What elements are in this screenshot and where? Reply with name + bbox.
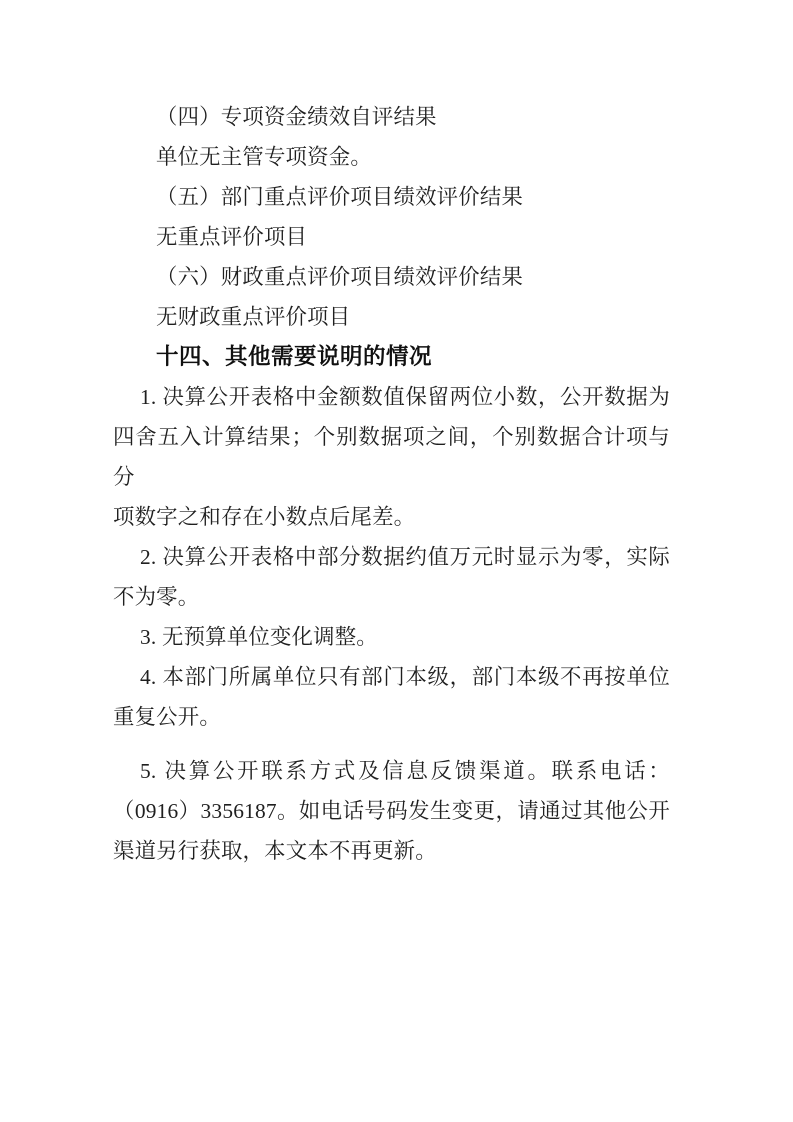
subheading-finance-key-eval: （六）财政重点评价项目绩效评价结果 [113,257,670,297]
body-no-special-funds: 单位无主管专项资金。 [113,137,670,177]
note-5-line-1: 5. 决算公开联系方式及信息反馈渠道。联系电话： [113,751,670,791]
note-1-line-2: 四舍五入计算结果；个别数据项之间，个别数据合计项与分 [113,417,670,497]
note-4-line-1: 4. 本部门所属单位只有部门本级，部门本级不再按单位 [113,657,670,697]
note-1-line-1: 1. 决算公开表格中金额数值保留两位小数，公开数据为 [113,377,670,417]
note-5-line-2: （0916）3356187。如电话号码发生变更，请通过其他公开 [113,791,670,831]
body-no-key-eval-project: 无重点评价项目 [113,217,670,257]
note-4-line-2: 重复公开。 [113,697,670,737]
subheading-special-funds-self-eval: （四）专项资金绩效自评结果 [113,97,670,137]
note-5-line-3: 渠道另行获取，本文本不再更新。 [113,831,670,871]
body-no-finance-key-eval: 无财政重点评价项目 [113,297,670,337]
document-page: （四）专项资金绩效自评结果 单位无主管专项资金。 （五）部门重点评价项目绩效评价… [0,0,793,1122]
section-heading-other-notes: 十四、其他需要说明的情况 [113,337,670,377]
note-2-line-1: 2. 决算公开表格中部分数据约值万元时显示为零，实际 [113,537,670,577]
note-3-line-1: 3. 无预算单位变化调整。 [113,617,670,657]
document-text-block: （四）专项资金绩效自评结果 单位无主管专项资金。 （五）部门重点评价项目绩效评价… [113,97,670,871]
subheading-dept-key-eval: （五）部门重点评价项目绩效评价结果 [113,177,670,217]
note-1-line-3: 项数字之和存在小数点后尾差。 [113,497,670,537]
note-2-line-2: 不为零。 [113,577,670,617]
